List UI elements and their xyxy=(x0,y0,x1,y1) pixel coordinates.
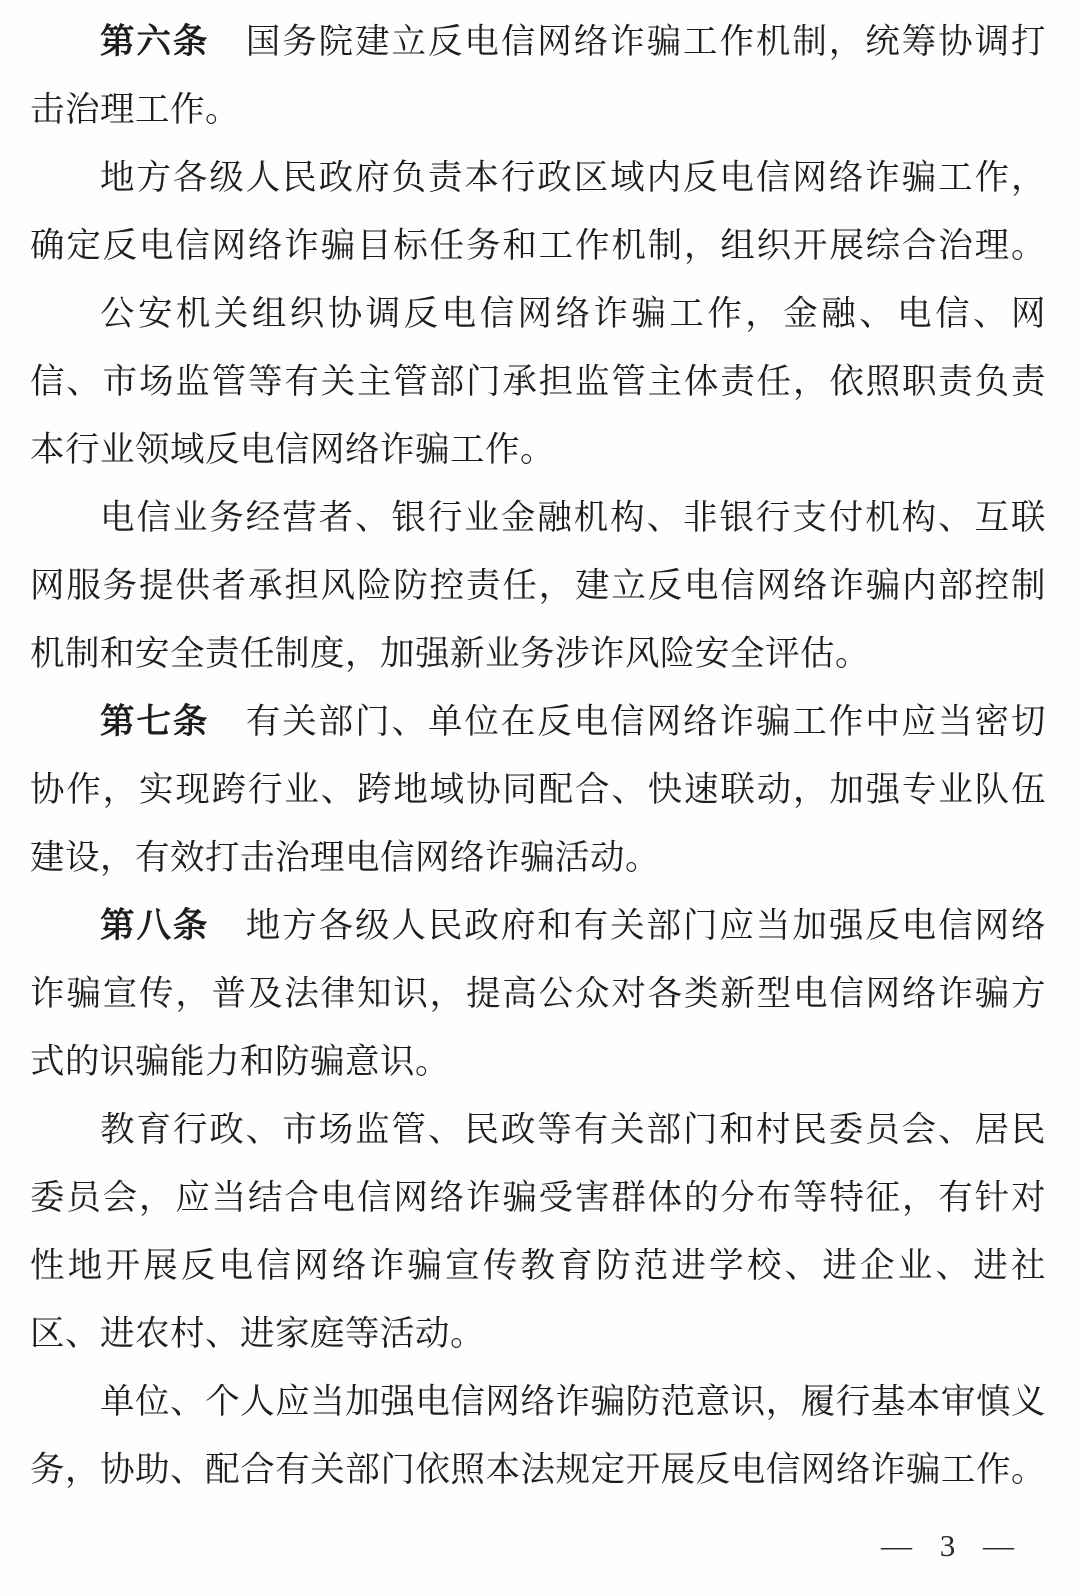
text-segment: 信、市场监管等有关主管部门承担监管主体责任，依照职责负责 xyxy=(30,363,1046,401)
text-segment: 教育行政、市场监管、民政等有关部门和村民委员会、居民 xyxy=(100,1111,1046,1149)
text-line-5: 公安机关组织协调反电信网络诈骗工作，金融、电信、网 xyxy=(30,280,1046,348)
text-segment: 确定反电信网络诈骗目标任务和工作机制，组织开展综合治理。 xyxy=(30,227,1046,265)
text-line-8: 电信业务经营者、银行业金融机构、非银行支付机构、互联 xyxy=(30,484,1046,552)
text-segment: 性地开展反电信网络诈骗宣传教育防范进学校、进企业、进社 xyxy=(30,1247,1046,1285)
text-segment: 地方各级人民政府和有关部门应当加强反电信网络 xyxy=(209,907,1046,945)
text-line-1: 第六条 国务院建立反电信网络诈骗工作机制，统筹协调打 xyxy=(30,8,1046,76)
text-line-15: 诈骗宣传，普及法律知识，提高公众对各类新型电信网络诈骗方 xyxy=(30,960,1046,1028)
text-line-6: 信、市场监管等有关主管部门承担监管主体责任，依照职责负责 xyxy=(30,348,1046,416)
text-segment: 委员会，应当结合电信网络诈骗受害群体的分布等特征，有针对 xyxy=(30,1179,1046,1217)
text-segment: 网服务提供者承担风险防控责任，建立反电信网络诈骗内部控制 xyxy=(30,567,1046,605)
text-line-7: 本行业领域反电信网络诈骗工作。 xyxy=(30,416,1046,484)
document-body: 第六条 国务院建立反电信网络诈骗工作机制，统筹协调打 击治理工作。 地方各级人民… xyxy=(30,8,1046,1504)
text-line-19: 性地开展反电信网络诈骗宣传教育防范进学校、进企业、进社 xyxy=(30,1232,1046,1300)
text-line-4: 确定反电信网络诈骗目标任务和工作机制，组织开展综合治理。 xyxy=(30,212,1046,280)
text-segment: 区、进农村、进家庭等活动。 xyxy=(30,1315,485,1353)
text-segment: 有关部门、单位在反电信网络诈骗工作中应当密切 xyxy=(209,703,1046,741)
text-segment: 单位、个人应当加强电信网络诈骗防范意识，履行基本审慎义 xyxy=(100,1383,1046,1421)
article-number-7: 第七条 xyxy=(100,703,209,741)
document-page: 第六条 国务院建立反电信网络诈骗工作机制，统筹协调打 击治理工作。 地方各级人民… xyxy=(0,0,1080,1596)
article-number-8: 第八条 xyxy=(100,907,209,945)
text-segment: 协作，实现跨行业、跨地域协同配合、快速联动，加强专业队伍 xyxy=(30,771,1046,809)
article-number-6: 第六条 xyxy=(100,23,209,61)
text-line-17: 教育行政、市场监管、民政等有关部门和村民委员会、居民 xyxy=(30,1096,1046,1164)
text-line-22: 务，协助、配合有关部门依照本法规定开展反电信网络诈骗工作。 xyxy=(30,1436,1046,1504)
text-line-16: 式的识骗能力和防骗意识。 xyxy=(30,1028,1046,1096)
page-number: — 3 — xyxy=(881,1526,1016,1566)
text-segment: 本行业领域反电信网络诈骗工作。 xyxy=(30,431,555,469)
text-line-14: 第八条 地方各级人民政府和有关部门应当加强反电信网络 xyxy=(30,892,1046,960)
text-line-21: 单位、个人应当加强电信网络诈骗防范意识，履行基本审慎义 xyxy=(30,1368,1046,1436)
text-line-12: 协作，实现跨行业、跨地域协同配合、快速联动，加强专业队伍 xyxy=(30,756,1046,824)
text-line-18: 委员会，应当结合电信网络诈骗受害群体的分布等特征，有针对 xyxy=(30,1164,1046,1232)
text-segment: 诈骗宣传，普及法律知识，提高公众对各类新型电信网络诈骗方 xyxy=(30,975,1046,1013)
text-line-10: 机制和安全责任制度，加强新业务涉诈风险安全评估。 xyxy=(30,620,1046,688)
text-line-3: 地方各级人民政府负责本行政区域内反电信网络诈骗工作， xyxy=(30,144,1046,212)
text-segment: 务，协助、配合有关部门依照本法规定开展反电信网络诈骗工作。 xyxy=(30,1451,1046,1489)
text-segment: 公安机关组织协调反电信网络诈骗工作，金融、电信、网 xyxy=(100,295,1046,333)
text-segment: 电信业务经营者、银行业金融机构、非银行支付机构、互联 xyxy=(100,499,1046,537)
text-segment: 国务院建立反电信网络诈骗工作机制，统筹协调打 xyxy=(209,23,1046,61)
text-segment: 式的识骗能力和防骗意识。 xyxy=(30,1043,450,1081)
text-line-13: 建设，有效打击治理电信网络诈骗活动。 xyxy=(30,824,1046,892)
text-line-11: 第七条 有关部门、单位在反电信网络诈骗工作中应当密切 xyxy=(30,688,1046,756)
text-segment: 机制和安全责任制度，加强新业务涉诈风险安全评估。 xyxy=(30,635,870,673)
text-segment: 地方各级人民政府负责本行政区域内反电信网络诈骗工作， xyxy=(100,159,1046,197)
text-line-9: 网服务提供者承担风险防控责任，建立反电信网络诈骗内部控制 xyxy=(30,552,1046,620)
text-line-2: 击治理工作。 xyxy=(30,76,1046,144)
text-segment: 击治理工作。 xyxy=(30,91,240,129)
text-segment: 建设，有效打击治理电信网络诈骗活动。 xyxy=(30,839,660,877)
text-line-20: 区、进农村、进家庭等活动。 xyxy=(30,1300,1046,1368)
